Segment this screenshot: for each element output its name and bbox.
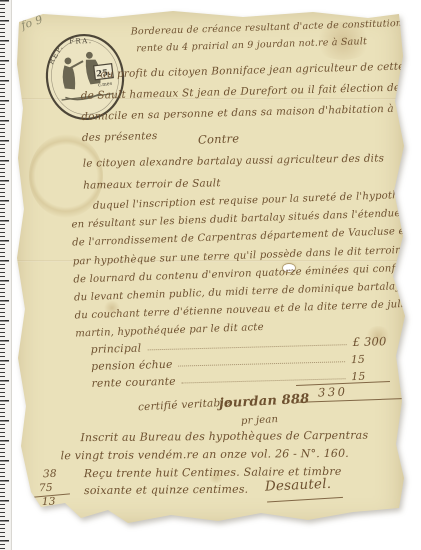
document-paper: fo 9 FRA. REP. 25. c.mes Bordereau de bbox=[13, 6, 406, 529]
ruler bbox=[0, 0, 12, 550]
document-photo: fo 9 FRA. REP. 25. c.mes Bordereau de bbox=[13, 6, 406, 529]
registration-line: soixante et quinze centimes. bbox=[84, 483, 249, 497]
registrar-signature: Desautel. bbox=[265, 476, 332, 495]
fee-sum: 1, 13 bbox=[28, 496, 56, 509]
registration-line: le vingt trois vendém.re an onze vol. 26… bbox=[61, 447, 349, 463]
registration-line: Inscrit au Bureau des hypothèques de Car… bbox=[80, 429, 368, 445]
fee-figure-2: 75 bbox=[39, 482, 53, 494]
signature-flourish bbox=[267, 497, 343, 503]
fee-figure-1: 38 bbox=[43, 468, 57, 480]
registration-note: Inscrit au Bureau des hypothèques de Car… bbox=[11, 4, 409, 530]
